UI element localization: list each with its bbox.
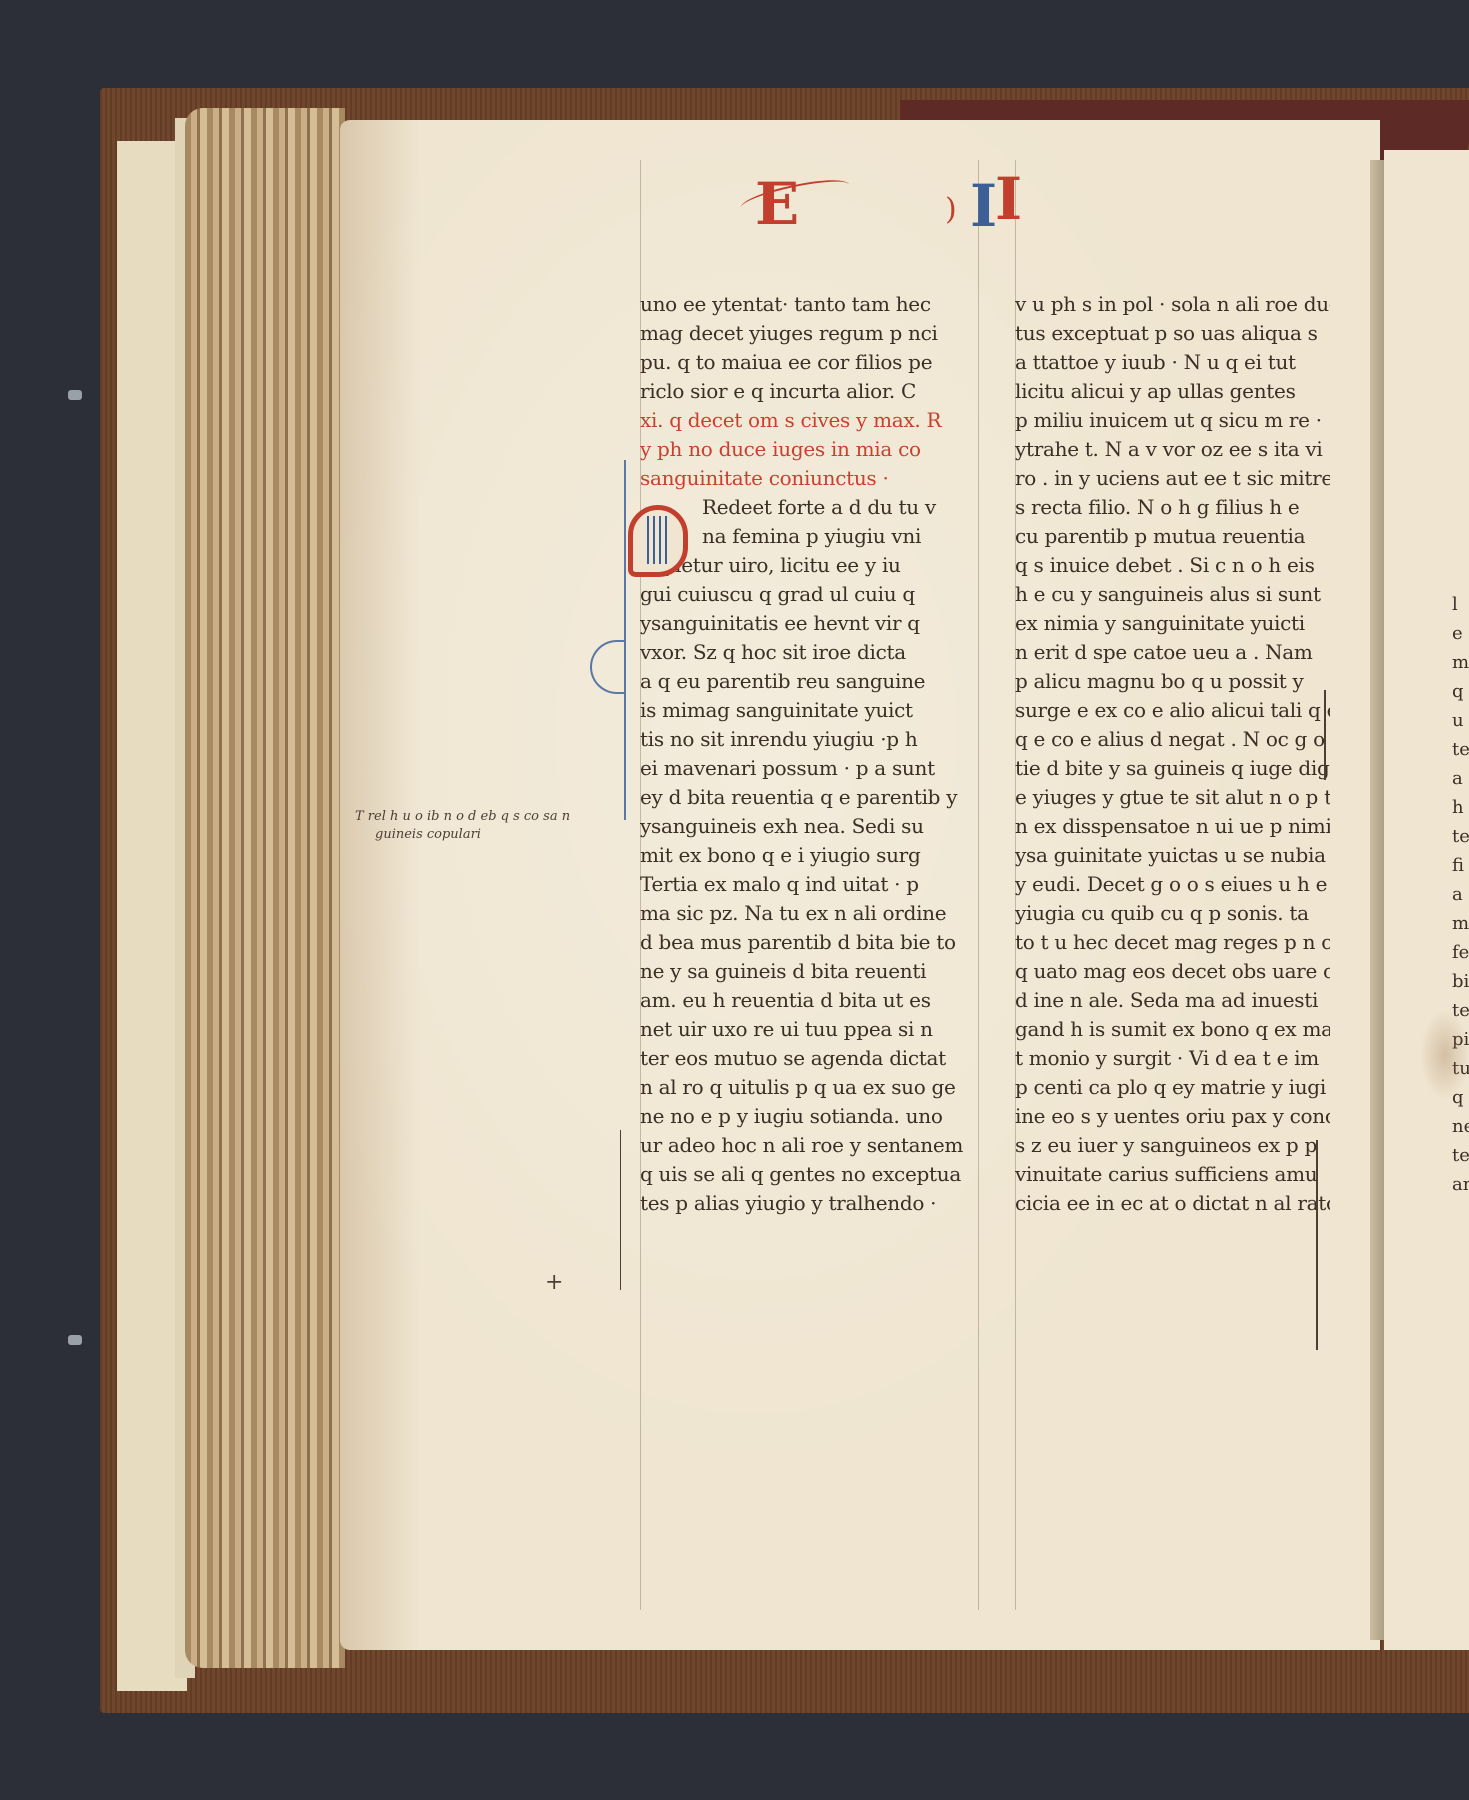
text-line: d bea mus parentib d bita bie to xyxy=(640,928,980,957)
text-line: surge e ex co e alio alicui tali q eat xyxy=(1015,696,1330,725)
text-line: cu parentib p mutua reuentia xyxy=(1015,522,1330,551)
text-line: ma sic pz. Na tu ex n ali ordine xyxy=(640,899,980,928)
fragment: bi xyxy=(1452,967,1469,996)
text-line: pu. q to maiua ee cor filios pe xyxy=(640,348,980,377)
text-line: ine eo s y uentes oriu pax y concordia xyxy=(1015,1102,1330,1131)
text-column-right: v u ph s in pol · sola n ali roe duc tus… xyxy=(1015,290,1330,1218)
marginal-note-line: guineis copulari xyxy=(355,826,625,844)
margin-cross-mark: + xyxy=(545,1270,563,1295)
text-line: ysa guinitate yuictas u se nubia xyxy=(1015,841,1330,870)
folio-numeral-blue: I xyxy=(970,172,997,240)
text-line: p alicu magnu bo q u possit y xyxy=(1015,667,1330,696)
decorated-initial xyxy=(628,505,688,577)
fragment: fi xyxy=(1452,851,1469,880)
text-line: Redeet forte a d du tu v xyxy=(640,493,980,522)
fragment: l xyxy=(1452,590,1469,619)
text-line: to t u hec decet mag reges p n ci xyxy=(1015,928,1330,957)
text-line: vinuitate carius sufficiens amu xyxy=(1015,1160,1330,1189)
text-line: a ttattoe y iuub · N u q ei tut xyxy=(1015,348,1330,377)
text-line: ne no e p y iugiu sotianda. uno xyxy=(640,1102,980,1131)
text-line: ro . in y uciens aut ee t sic mitree xyxy=(1015,464,1330,493)
text-line: h e cu y sanguineis alus si sunt xyxy=(1015,580,1330,609)
text-line: na femina p yiugiu vni xyxy=(640,522,980,551)
header-bracket: ) xyxy=(945,192,957,227)
fragment: q xyxy=(1452,677,1469,706)
marginal-note-line: T rel h u o ib n o d eb q s co sa n xyxy=(355,808,625,826)
fore-edge-leaves xyxy=(185,108,345,1668)
text-line: Tertia ex malo q ind uitat · p xyxy=(640,870,980,899)
margin-bracket xyxy=(1310,1140,1318,1350)
text-line: tus exceptuat p so uas aliqua s xyxy=(1015,319,1330,348)
text-line: p miliu inuicem ut q sicu m re · xyxy=(1015,406,1330,435)
text-line: v u ph s in pol · sola n ali roe duc xyxy=(1015,290,1330,319)
text-line: n ex disspensatoe n ui ue p nimia xyxy=(1015,812,1330,841)
fragment: te xyxy=(1452,735,1469,764)
text-line: mit ex bono q e i yiugio surg xyxy=(640,841,980,870)
text-line: t monio y surgit · Vi d ea t e im xyxy=(1015,1044,1330,1073)
clasp-upper xyxy=(68,390,82,400)
text-line: n al ro q uitulis p q ua ex suo ge xyxy=(640,1073,980,1102)
margin-bracket xyxy=(620,1130,625,1290)
rubric-line: sanguinitate coniunctus · xyxy=(640,464,980,493)
text-line: ysanguineis exh nea. Sedi su xyxy=(640,812,980,841)
marginal-note: T rel h u o ib n o d eb q s co sa n guin… xyxy=(355,808,625,844)
text-line: uno ee ytentat· tanto tam hec xyxy=(640,290,980,319)
text-line: q uato mag eos decet obs uare oz xyxy=(1015,957,1330,986)
text-line: tie d bite y sa guineis q iuge dig t xyxy=(1015,754,1330,783)
text-line: vxor. Sz q hoc sit iroe dicta xyxy=(640,638,980,667)
fragment: m xyxy=(1452,909,1469,938)
text-line: riclo sior e q incurta alior. C xyxy=(640,377,980,406)
text-line: yiugia cu quib cu q p sonis. ta xyxy=(1015,899,1330,928)
text-line: ysanguinitatis ee hevnt vir q xyxy=(640,609,980,638)
text-column-left: uno ee ytentat· tanto tam hec mag decet … xyxy=(640,290,980,1218)
facing-page-text: l e m q u te a h te fi a m fe bi te pi t… xyxy=(1452,590,1469,1199)
text-line: am. eu h reuentia d bita ut es xyxy=(640,986,980,1015)
text-line: tis no sit inrendu yiugiu ·p h xyxy=(640,725,980,754)
fragment: m xyxy=(1452,648,1469,677)
fragment: ne xyxy=(1452,1112,1469,1141)
text-line: gui cuiuscu q grad ul cuiu q xyxy=(640,580,980,609)
text-line: p centi ca plo q ey matrie y iugi xyxy=(1015,1073,1330,1102)
text-line: ei mavenari possum · p a sunt xyxy=(640,754,980,783)
rubric-line: xi. q decet om s cives y max. R xyxy=(640,406,980,435)
fragment: am xyxy=(1452,1170,1469,1199)
text-line: s z eu iuer y sanguineos ex p p xyxy=(1015,1131,1330,1160)
text-line: d ine n ale. Seda ma ad inuesti xyxy=(1015,986,1330,1015)
text-line: q e co e alius d negat . N oc g o reuen xyxy=(1015,725,1330,754)
initial-flourish xyxy=(624,460,626,820)
text-line: ytrahe t. N a v vor oz ee s ita vi xyxy=(1015,435,1330,464)
text-line: is mimag sanguinitate yuict xyxy=(640,696,980,725)
text-line: tes p alias yiugio y tralhendo · xyxy=(640,1189,980,1218)
folio-numeral-red: I xyxy=(995,165,1022,233)
text-line: ey d bita reuentia q e parentib y xyxy=(640,783,980,812)
clasp-lower xyxy=(68,1335,82,1345)
text-line: mag decet yiuges regum p nci xyxy=(640,319,980,348)
text-line: copletur uiro, licitu ee y iu xyxy=(640,551,980,580)
text-line: y eudi. Decet g o o s eiues u h e xyxy=(1015,870,1330,899)
fragment: h xyxy=(1452,793,1469,822)
margin-bracket xyxy=(1318,690,1326,780)
text-line: n erit d spe catoe ueu a . Nam xyxy=(1015,638,1330,667)
fragment: te xyxy=(1452,1141,1469,1170)
text-line: ex nimia y sanguinitate yuicti xyxy=(1015,609,1330,638)
fragment: te xyxy=(1452,822,1469,851)
fragment: a xyxy=(1452,764,1469,793)
fragment: e xyxy=(1452,619,1469,648)
text-line: ter eos mutuo se agenda dictat xyxy=(640,1044,980,1073)
text-line: a q eu parentib reu sanguine xyxy=(640,667,980,696)
text-line: q uis se ali q gentes no exceptua xyxy=(640,1160,980,1189)
initial-penwork xyxy=(647,516,669,564)
fragment: fe xyxy=(1452,938,1469,967)
text-line: ne y sa guineis d bita reuenti xyxy=(640,957,980,986)
text-line: gand h is sumit ex bono q ex ma xyxy=(1015,1015,1330,1044)
fragment: u xyxy=(1452,706,1469,735)
text-line: e yiuges y gtue te sit alut n o p t xyxy=(1015,783,1330,812)
text-line: ur adeo hoc n ali roe y sentanem xyxy=(640,1131,980,1160)
rubric-line: y ph no duce iuges in mia co xyxy=(640,435,980,464)
fragment: a xyxy=(1452,880,1469,909)
text-line: licitu alicui y ap ullas gentes xyxy=(1015,377,1330,406)
text-line: s recta filio. N o h g filius h e xyxy=(1015,493,1330,522)
text-line: cicia ee in ec at o dictat n al rato · xyxy=(1015,1189,1330,1218)
stain xyxy=(1420,1010,1469,1100)
text-line: net uir uxo re ui tuu ppea si n xyxy=(640,1015,980,1044)
text-line: q s inuice debet . Si c n o h eis xyxy=(1015,551,1330,580)
